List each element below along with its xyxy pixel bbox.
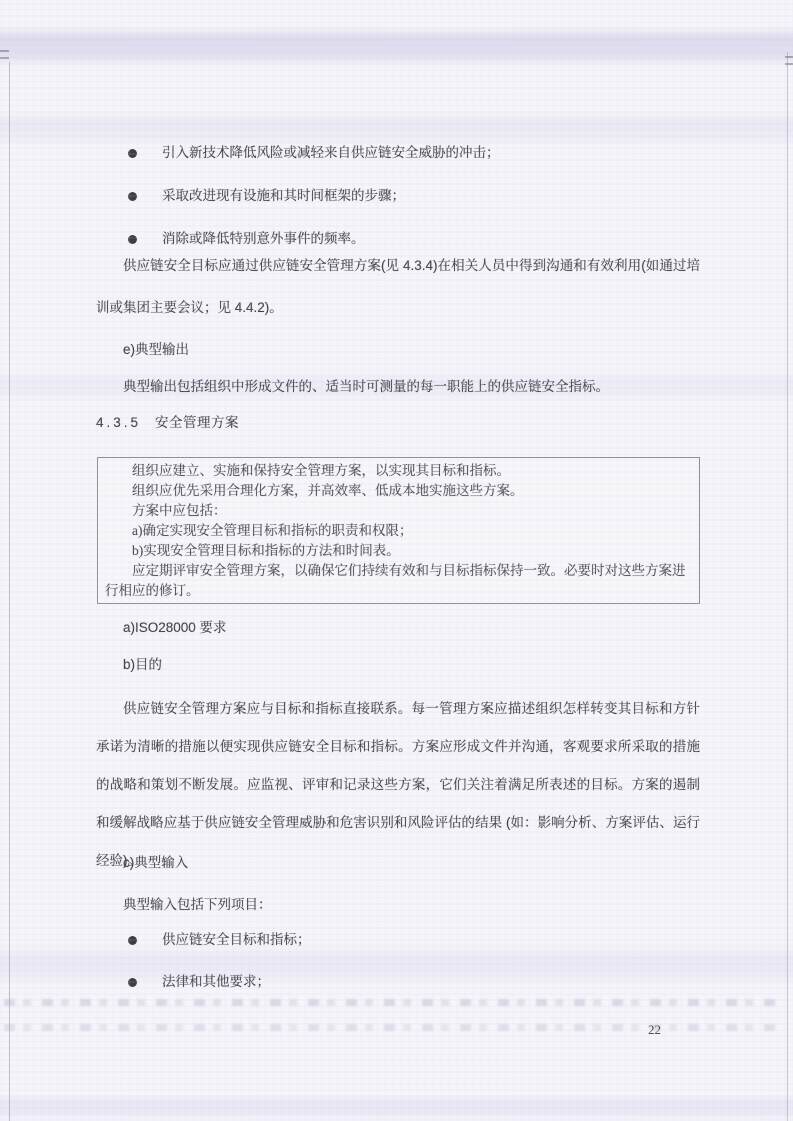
box-line: 方案中应包括： bbox=[105, 501, 692, 521]
bullet-icon bbox=[128, 192, 137, 201]
bullet-icon bbox=[128, 149, 137, 158]
registration-tick bbox=[0, 50, 9, 52]
scan-noise-band bbox=[0, 26, 793, 68]
bullet-text: 供应链安全目标和指标； bbox=[162, 931, 311, 949]
paragraph-b-purpose: 供应链安全管理方案应与目标和指标直接联系。每一管理方案应描述组织怎样转变其目标和… bbox=[96, 690, 700, 880]
bleedthrough-ghost-text bbox=[4, 999, 783, 1006]
scan-noise-band bbox=[0, 112, 793, 146]
bullet-icon bbox=[128, 936, 137, 945]
page-number: 22 bbox=[648, 1022, 661, 1038]
section-label-b: b)目的 bbox=[96, 656, 727, 674]
bullet-item: 供应链安全目标和指标； bbox=[96, 931, 700, 949]
bullet-item: 法律和其他要求； bbox=[96, 973, 700, 991]
paragraph-c-intro: 典型输入包括下列项目： bbox=[96, 896, 727, 914]
box-line: a)确定实现安全管理目标和指标的职责和权限； bbox=[105, 521, 692, 541]
scan-noise-band bbox=[0, 1094, 793, 1121]
registration-tick bbox=[785, 56, 793, 58]
box-line: b)实现安全管理目标和指标的方法和时间表。 bbox=[105, 541, 692, 561]
section-label-e: e)典型输出 bbox=[96, 341, 727, 359]
scanned-document-page: 引入新技术降低风险或减轻来自供应链安全威胁的冲击； 采取改进现有设施和其时间框架… bbox=[0, 0, 793, 1121]
bullet-text: 法律和其他要求； bbox=[162, 973, 270, 991]
section-number: 4.3.5 bbox=[96, 415, 141, 430]
bullet-icon bbox=[128, 978, 137, 987]
bullet-item: 采取改进现有设施和其时间框架的步骤； bbox=[96, 187, 700, 205]
bullet-text: 引入新技术降低风险或减轻来自供应链安全威胁的冲击； bbox=[162, 144, 500, 162]
paragraph-e-output: 典型输出包括组织中形成文件的、适当时可测量的每一职能上的供应链安全指标。 bbox=[96, 378, 727, 396]
bullet-text: 采取改进现有设施和其时间框架的步骤； bbox=[162, 187, 405, 205]
page-edge-line-left bbox=[9, 62, 10, 1121]
page-edge-line-right bbox=[787, 52, 788, 1121]
section-label-a: a)ISO28000 要求 bbox=[96, 619, 727, 637]
paragraph-communication: 供应链安全目标应通过供应链安全管理方案(见 4.3.4)在相关人员中得到沟通和有… bbox=[96, 245, 700, 329]
registration-tick bbox=[0, 57, 9, 59]
registration-tick bbox=[785, 63, 793, 65]
bullet-item: 引入新技术降低风险或减轻来自供应链安全威胁的冲击； bbox=[96, 144, 700, 162]
section-label-c: c)典型输入 bbox=[96, 854, 727, 872]
section-heading-435: 4.3.5安全管理方案 bbox=[96, 414, 700, 432]
box-line: 组织应优先采用合理化方案，并高效率、低成本地实施这些方案。 bbox=[105, 481, 692, 501]
bullet-icon bbox=[128, 235, 137, 244]
box-line: 应定期评审安全管理方案，以确保它们持续有效和与目标指标保持一致。必要时对这些方案… bbox=[105, 561, 692, 601]
box-line: 组织应建立、实施和保持安全管理方案，以实现其目标和指标。 bbox=[105, 461, 692, 481]
requirements-box: 组织应建立、实施和保持安全管理方案，以实现其目标和指标。 组织应优先采用合理化方… bbox=[97, 457, 700, 604]
section-title: 安全管理方案 bbox=[155, 415, 239, 430]
bleedthrough-ghost-text bbox=[4, 1024, 783, 1031]
